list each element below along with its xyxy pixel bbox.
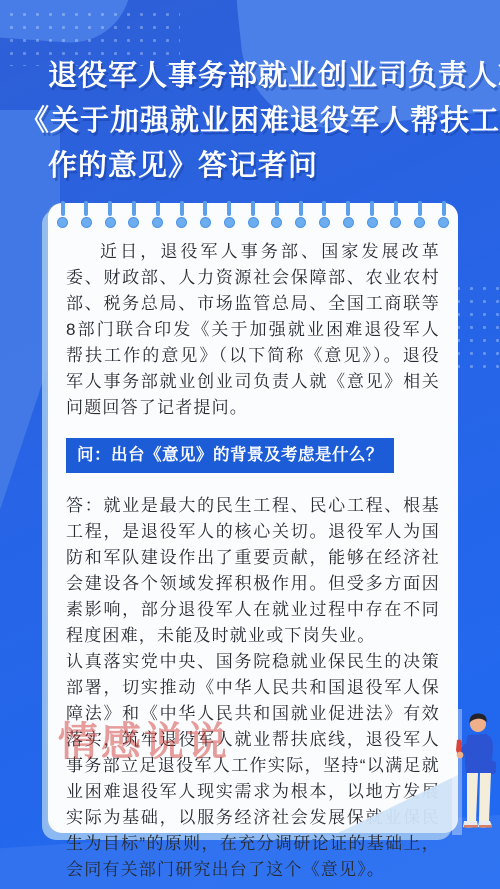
poster-canvas: { "page": { "title_lines": [ "退役军人事务部就业创…: [0, 0, 500, 889]
shoe-sole-left: [464, 825, 478, 828]
intro-paragraph: 近日，退役军人事务部、国家发展改革委、财政部、人力资源社会保障部、农业农村部、税…: [66, 239, 440, 421]
pin-icon: [367, 201, 378, 228]
shoe-sole-right: [479, 825, 492, 828]
person-torso: [465, 734, 493, 773]
pin-icon: [105, 201, 116, 228]
dot-pattern-right: [452, 282, 500, 377]
title-line-2: 《关于加强就业困难退役军人帮扶工: [0, 99, 500, 144]
watermark-text: 情感说说: [58, 710, 230, 767]
card-body: 近日，退役军人事务部、国家发展改革委、财政部、人力资源社会保障部、农业农村部、税…: [48, 203, 458, 883]
title-line-1: 退役军人事务部就业创业司负责人就: [0, 54, 500, 99]
pin-icon: [390, 201, 401, 228]
binder-pins-row: [48, 201, 458, 228]
pin-icon: [271, 201, 282, 228]
person-leg-right: [479, 773, 491, 821]
pin-icon: [57, 201, 68, 228]
poster-title: 退役军人事务部就业创业司负责人就 《关于加强就业困难退役军人帮扶工 作的意见》答…: [0, 54, 500, 189]
person-right-arm: [489, 761, 496, 774]
title-line-3: 作的意见》答记者问: [0, 144, 500, 189]
pin-icon: [343, 201, 354, 228]
answer-paragraph-1: 答：就业是最大的民生工程、民心工程、根基工程，是退役军人的核心关切。退役军人为国…: [66, 493, 440, 649]
pin-icon: [81, 201, 92, 228]
highlight-strip: [452, 709, 462, 835]
pin-icon: [176, 201, 187, 228]
person-leg-left: [467, 773, 478, 821]
pin-icon: [224, 201, 235, 228]
pin-icon: [438, 201, 449, 228]
pin-icon: [152, 201, 163, 228]
pin-icon: [295, 201, 306, 228]
person-illustration: [452, 709, 499, 835]
pin-icon: [200, 201, 211, 228]
person-hand: [457, 752, 464, 759]
pin-icon: [248, 201, 259, 228]
pin-icon: [319, 201, 330, 228]
question-bar: 问：出台《意见》的背景及考虑是什么？: [66, 438, 394, 473]
pin-icon: [414, 201, 425, 228]
pin-icon: [128, 201, 139, 228]
